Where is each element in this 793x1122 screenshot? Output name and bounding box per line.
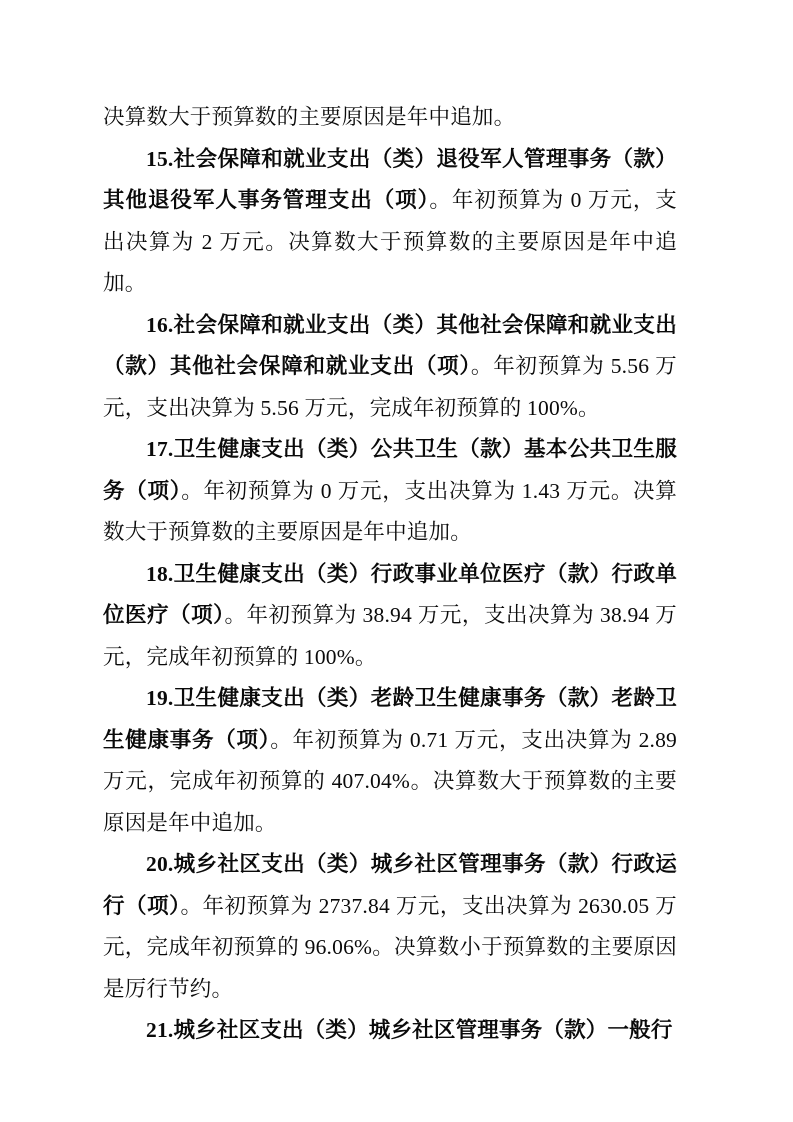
paragraph-item-20: 20.城乡社区支出（类）城乡社区管理事务（款）行政运行（项）。年初预算为 273…: [103, 844, 677, 1010]
paragraph-item-19: 19.卫生健康支出（类）老龄卫生健康事务（款）老龄卫生健康事务（项）。年初预算为…: [103, 678, 677, 844]
paragraph-item-17: 17.卫生健康支出（类）公共卫生（款）基本公共卫生服务（项）。年初预算为 0 万…: [103, 429, 677, 554]
paragraph-item-16: 16.社会保障和就业支出（类）其他社会保障和就业支出（款）其他社会保障和就业支出…: [103, 305, 677, 430]
paragraph-body-text: 决算数大于预算数的主要原因是年中追加。: [103, 105, 515, 129]
paragraph-continuation: 决算数大于预算数的主要原因是年中追加。: [103, 97, 677, 139]
item-20-body-text: 。年初预算为 2737.84 万元，支出决算为 2630.05 万元，完成年初预…: [103, 894, 677, 1001]
paragraph-item-18: 18.卫生健康支出（类）行政事业单位医疗（款）行政单位医疗（项）。年初预算为 3…: [103, 554, 677, 679]
paragraph-item-15: 15.社会保障和就业支出（类）退役军人管理事务（款）其他退役军人事务管理支出（项…: [103, 139, 677, 305]
document-page: 决算数大于预算数的主要原因是年中追加。 15.社会保障和就业支出（类）退役军人管…: [0, 0, 793, 1122]
item-17-body-text: 。年初预算为 0 万元，支出决算为 1.43 万元。决算数大于预算数的主要原因是…: [103, 479, 677, 545]
item-21-heading: 21.城乡社区支出（类）城乡社区管理事务（款）一般行: [146, 1018, 673, 1042]
paragraph-item-21: 21.城乡社区支出（类）城乡社区管理事务（款）一般行: [103, 1010, 677, 1052]
